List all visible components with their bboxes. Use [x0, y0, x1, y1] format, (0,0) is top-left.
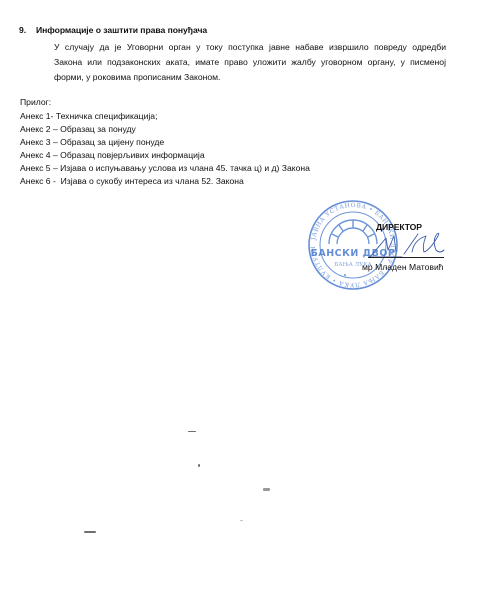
attachment-item: Анекс 1- Техничка спецификација;: [20, 110, 310, 123]
signature-line: [368, 257, 444, 258]
document-page: 9.Информације о заштити права понуђача У…: [0, 0, 478, 600]
scan-artifact: [84, 531, 96, 533]
body-line-2: Закона или подзаконских аката, имате пра…: [54, 55, 446, 70]
scan-artifact: [263, 488, 270, 491]
scan-artifact: [240, 520, 243, 521]
section-number: 9.: [19, 25, 36, 35]
body-line-3: форми, у роковима прописаним Законом.: [54, 70, 446, 85]
attachment-item: Анекс 5 – Изјава о испуњавању услова из …: [20, 162, 310, 175]
section-heading: 9.Информације о заштити права понуђача: [19, 25, 207, 35]
attachments-list: Прилог: Анекс 1- Техничка спецификација;…: [20, 96, 310, 188]
director-name: мр Младен Матовић: [362, 262, 444, 272]
attachment-item: Анекс 3 – Образац за цијену понуде: [20, 136, 310, 149]
attachment-item: Анекс 4 – Образац повјерљивих информациј…: [20, 149, 310, 162]
signature-icon: [368, 228, 460, 264]
scan-artifact: [198, 464, 200, 467]
section-title: Информације о заштити права понуђача: [36, 25, 207, 35]
scan-artifact: [188, 431, 196, 432]
attachment-item: Анекс 6 - Изјава о сукобу интереса из чл…: [20, 175, 310, 188]
section-body: У случају да је Уговорни орган у току по…: [54, 40, 446, 85]
attachments-title: Прилог:: [20, 96, 310, 109]
attachment-item: Анекс 2 – Образац за понуду: [20, 123, 310, 136]
body-line-1: У случају да је Уговорни орган у току по…: [54, 40, 446, 55]
